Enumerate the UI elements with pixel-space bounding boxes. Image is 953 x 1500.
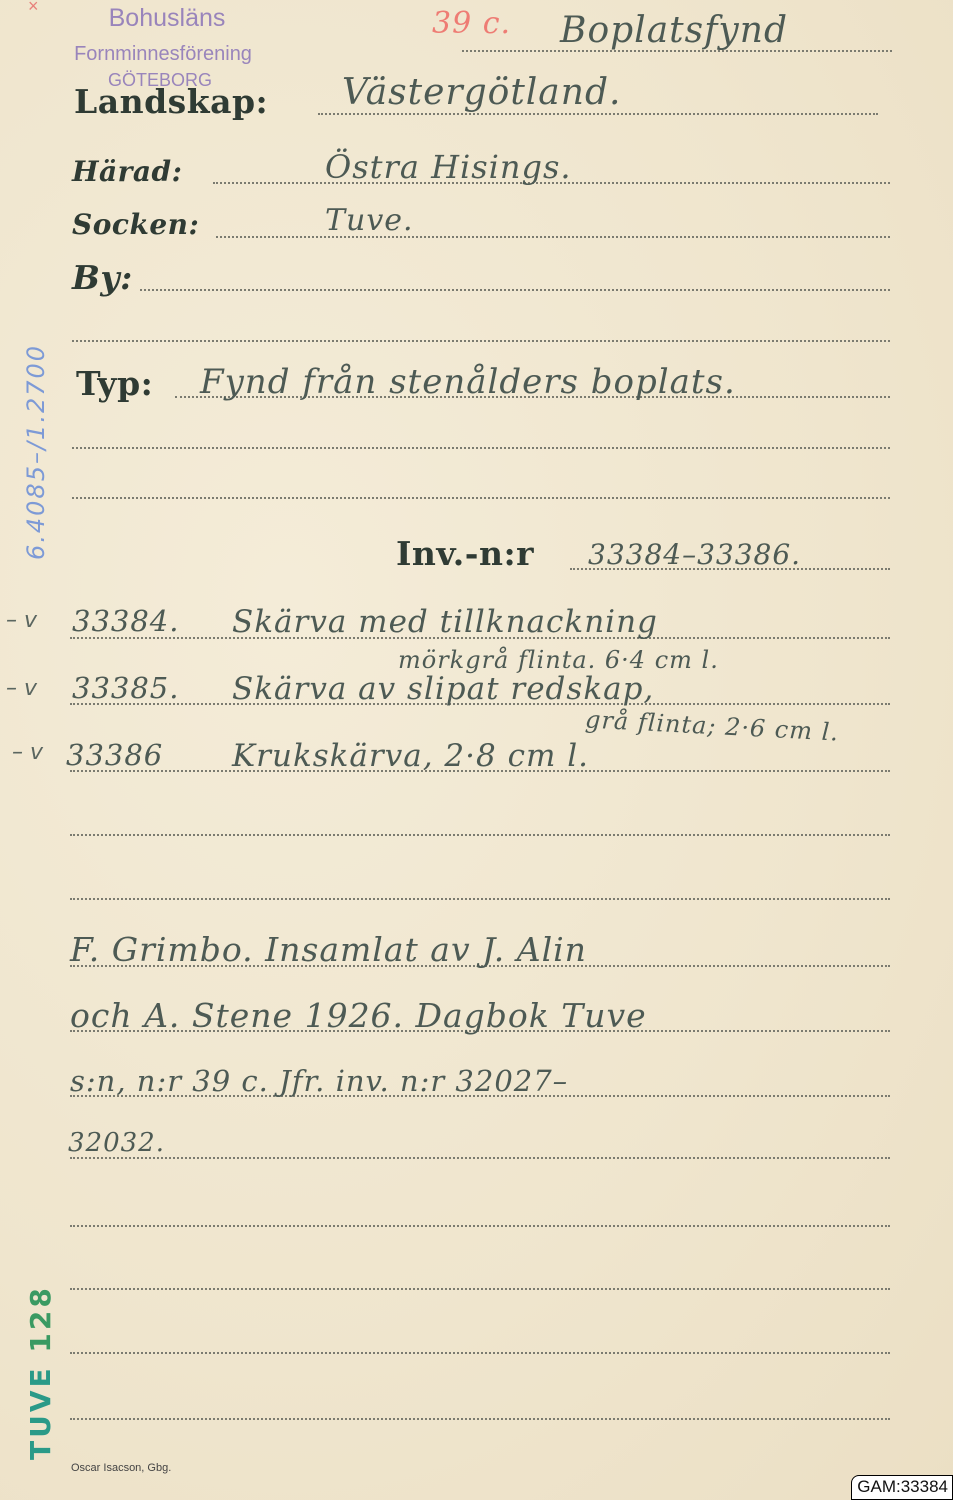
tuve-stamp-number: 128 <box>24 1285 57 1352</box>
landskap-value: Västergötland. <box>342 72 621 113</box>
dotted-line <box>72 340 890 342</box>
dotted-line <box>70 1225 890 1227</box>
note-line: 32032. <box>68 1128 165 1158</box>
tuve-stamp-text: TUVE <box>24 1365 57 1460</box>
typ-label: Typ: <box>76 364 153 403</box>
item-check-mark: – v <box>12 740 43 765</box>
dotted-line <box>72 497 890 499</box>
dotted-line <box>70 1288 890 1290</box>
dotted-line <box>70 1352 890 1354</box>
item-description: Skärva av slipat redskap, <box>232 671 654 707</box>
item-number: 33385. <box>72 671 179 705</box>
red-annotation: 39 c. <box>432 6 511 41</box>
item-number: 33386 <box>66 738 163 772</box>
dotted-line <box>72 447 890 449</box>
typ-value: Fynd från stenålders boplats. <box>200 362 736 402</box>
item-check-mark: – v <box>6 676 37 701</box>
dotted-line <box>318 113 878 115</box>
item-check-mark: – v <box>6 608 37 633</box>
corner-cross-mark: × <box>28 0 39 17</box>
dotted-line <box>70 1418 890 1420</box>
dotted-line <box>70 1157 890 1159</box>
dotted-line <box>70 898 890 900</box>
inv-nr-value: 33384–33386. <box>588 538 801 571</box>
by-label: By: <box>72 258 133 297</box>
harad-value: Östra Hisings. <box>325 148 572 186</box>
stamp-line-2: Fornminnesförening <box>43 43 283 66</box>
printer-credit: Oscar Isacson, Gbg. <box>71 1462 171 1474</box>
catalog-id-label: GAM:33384 <box>851 1475 953 1500</box>
harad-label: Härad: <box>72 155 182 188</box>
note-line: F. Grimbo. Insamlat av J. Alin <box>70 930 587 969</box>
socken-value: Tuve. <box>325 203 414 238</box>
stamp-line-1: Bohusläns <box>72 4 262 33</box>
item-number: 33384. <box>72 604 179 638</box>
inv-nr-label: Inv.-n:r <box>396 534 534 573</box>
dotted-line <box>70 834 890 836</box>
item-detail: mörkgrå flinta. 6·4 cm l. <box>398 646 719 674</box>
item-description: Skärva med tillknackning <box>232 604 658 640</box>
tuve-side-stamp: TUVE 128 <box>24 1285 57 1460</box>
blue-side-note: 6.4085–/1.2700 <box>22 344 50 560</box>
landskap-label: Landskap: <box>74 82 268 121</box>
item-description: Krukskärva, 2·8 cm l. <box>232 738 589 774</box>
header-note: Boplatsfynd <box>560 10 788 51</box>
socken-label: Socken: <box>72 208 199 241</box>
dotted-line <box>216 236 890 238</box>
dotted-line <box>140 289 890 291</box>
item-detail: grå flinta; 2·6 cm l. <box>584 705 839 746</box>
note-line: och A. Stene 1926. Dagbok Tuve <box>70 996 647 1035</box>
note-line: s:n, n:r 39 c. Jfr. inv. n:r 32027– <box>70 1064 568 1098</box>
